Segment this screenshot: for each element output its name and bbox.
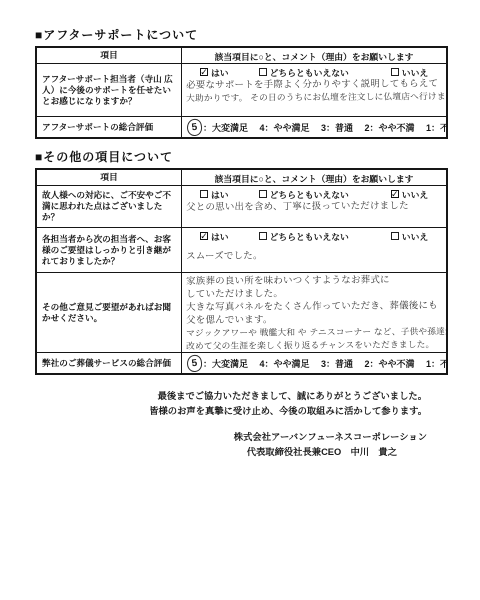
answer-cell: はい どちらともいえない ✓ いいえ 父との思い出を含め、丁寧に扱っていただけま… — [182, 186, 446, 227]
option-yes: ✓ はい — [200, 66, 229, 79]
option-label: どちらともいえない — [270, 230, 349, 243]
checkbox-neutral-icon — [259, 232, 267, 240]
option-label: はい — [211, 188, 229, 201]
table-header-row: 項目 該当項目に○と、コメント（理由）をお願いします — [37, 170, 446, 185]
question-label: その他ご意見ご要望があればお聞かせください。 — [37, 273, 182, 352]
answer-cell: 家族葬の良い所を味わいつくすようなお葬式に していただけました。 大きな写真パネ… — [182, 273, 446, 352]
header-comment-cell: 該当項目に○と、コメント（理由）をお願いします — [182, 170, 446, 185]
option-group: ✓ はい どちらともいえない いいえ — [186, 230, 442, 242]
circled-rating-value: 5 — [186, 118, 203, 137]
closing-message: 最後までご協力いただきまして、誠にありがとうございました。 皆様のお声を真摯に受… — [35, 389, 448, 460]
question-row-staff: アフターサポート担当者（寺山 広人）に今後のサポートを任せたいとお感じになります… — [37, 63, 446, 116]
option-label: どちらともいえない — [270, 66, 349, 79]
checkbox-no-icon — [391, 68, 399, 76]
checkbox-yes-icon — [200, 190, 208, 198]
question-label: 各担当者から次の担当者へ、お客様のご要望はしっかりと引き継がれておりましたか？ — [37, 228, 182, 272]
rating-label: 弊社のご葬儀サービスの総合評価 — [37, 353, 182, 373]
rating-label: アフターサポートの総合評価 — [37, 117, 182, 137]
answer-cell: ✓ はい どちらともいえない いいえ 必要なサポートを手際よく分かりやすく説明し… — [182, 64, 446, 116]
option-yes: ✓ はい — [200, 230, 229, 243]
survey-scan-page: ■アフターサポートについて 項目 該当項目に○と、コメント（理由）をお願いします… — [0, 0, 480, 600]
handwritten-answer: 父との思い出を含め、丁寧に扱っていただけました — [186, 201, 442, 214]
answer-cell: ✓ はい どちらともいえない いいえ スムーズでした。 — [182, 228, 446, 272]
handwritten-line: 大助かりです。 その日のうちにお仏壇を注文しに仏壇店へ行けました — [186, 90, 442, 105]
checkbox-no-icon: ✓ — [391, 190, 399, 198]
section-title-after-support: ■アフターサポートについて — [35, 26, 448, 43]
question-label: 故人様への対応に、ご不安やご不満に思われた点はございましたか？ — [37, 186, 182, 227]
handwritten-line: 父との思い出を含め、丁寧に扱っていただけました — [186, 199, 442, 214]
question-row-handover: 各担当者から次の担当者へ、お客様のご要望はしっかりと引き継がれておりましたか？ … — [37, 227, 446, 272]
question-row-feedback: その他ご意見ご要望があればお聞かせください。 家族葬の良い所を味わいつくすような… — [37, 272, 446, 352]
option-neutral: どちらともいえない — [259, 66, 349, 79]
checkbox-neutral-icon — [259, 190, 267, 198]
thanks-line: 皆様のお声を真摯に受け止め、今後の取組みに活かして参ります。 — [35, 404, 427, 419]
checkbox-neutral-icon — [259, 68, 267, 76]
other-items-table: 項目 該当項目に○と、コメント（理由）をお願いします 故人様への対応に、ご不安や… — [35, 168, 448, 375]
section-title-other: ■その他の項目について — [35, 148, 448, 165]
rating-row-after-support: アフターサポートの総合評価 5 ：大変満足 4：やや満足 3：普通 2：やや不満… — [37, 116, 446, 137]
rating-cell: 5 ：大変満足 4：やや満足 3：普通 2：やや不満 1：不満 — [182, 353, 446, 373]
option-label: いいえ — [402, 230, 428, 243]
question-label: アフターサポート担当者（寺山 広人）に今後のサポートを任せたいとお感じになります… — [37, 64, 182, 116]
company-name: 株式会社アーバンフューネスコーポレーション — [35, 430, 427, 445]
thanks-line: 最後までご協力いただきまして、誠にありがとうございました。 — [35, 389, 427, 404]
signature-block: 株式会社アーバンフューネスコーポレーション 代表取締役社長兼CEO 中川 貴之 — [35, 430, 427, 460]
header-comment-cell: 該当項目に○と、コメント（理由）をお願いします — [182, 48, 446, 63]
option-no: いいえ — [391, 230, 428, 243]
option-group: ✓ はい どちらともいえない いいえ — [186, 66, 442, 78]
table-header-row: 項目 該当項目に○と、コメント（理由）をお願いします — [37, 48, 446, 63]
checkbox-yes-icon: ✓ — [200, 68, 208, 76]
circled-rating-value: 5 — [186, 354, 203, 373]
option-neutral: どちらともいえない — [259, 230, 349, 243]
rating-scale-text: ：大変満足 4：やや満足 3：普通 2：やや不満 1：不満 — [203, 357, 446, 370]
option-label: はい — [211, 230, 229, 243]
option-group: はい どちらともいえない ✓ いいえ — [186, 188, 442, 200]
option-yes: はい — [200, 188, 229, 201]
handwritten-line: スムーズでした。 — [186, 248, 442, 263]
handwritten-line: 改めて父の生涯を楽しく振り返るチャンスをいただきました。 — [186, 338, 442, 352]
checkbox-yes-icon: ✓ — [200, 232, 208, 240]
handwritten-answer: 家族葬の良い所を味わいつくすようなお葬式に していただけました。 大きな写真パネ… — [186, 275, 442, 352]
option-label: はい — [211, 66, 229, 79]
ceo-name: 代表取締役社長兼CEO 中川 貴之 — [35, 445, 427, 460]
option-neutral: どちらともいえない — [259, 188, 349, 201]
header-item-cell: 項目 — [37, 170, 182, 185]
option-label: どちらともいえない — [270, 188, 349, 201]
rating-cell: 5 ：大変満足 4：やや満足 3：普通 2：やや不満 1：不満 — [182, 117, 446, 137]
checkbox-no-icon — [391, 232, 399, 240]
header-item-cell: 項目 — [37, 48, 182, 63]
question-row-deceased: 故人様への対応に、ご不安やご不満に思われた点はございましたか？ はい どちらとも… — [37, 185, 446, 227]
handwritten-answer: スムーズでした。 — [186, 250, 442, 263]
rating-scale-text: ：大変満足 4：やや満足 3：普通 2：やや不満 1：不満 — [203, 121, 446, 134]
rating-row-funeral-service: 弊社のご葬儀サービスの総合評価 5 ：大変満足 4：やや満足 3：普通 2：やや… — [37, 352, 446, 373]
handwritten-answer: 必要なサポートを手際よく分かりやすく説明してもらえて 大助かりです。 その日のう… — [186, 79, 442, 105]
after-support-table: 項目 該当項目に○と、コメント（理由）をお願いします アフターサポート担当者（寺… — [35, 46, 448, 139]
